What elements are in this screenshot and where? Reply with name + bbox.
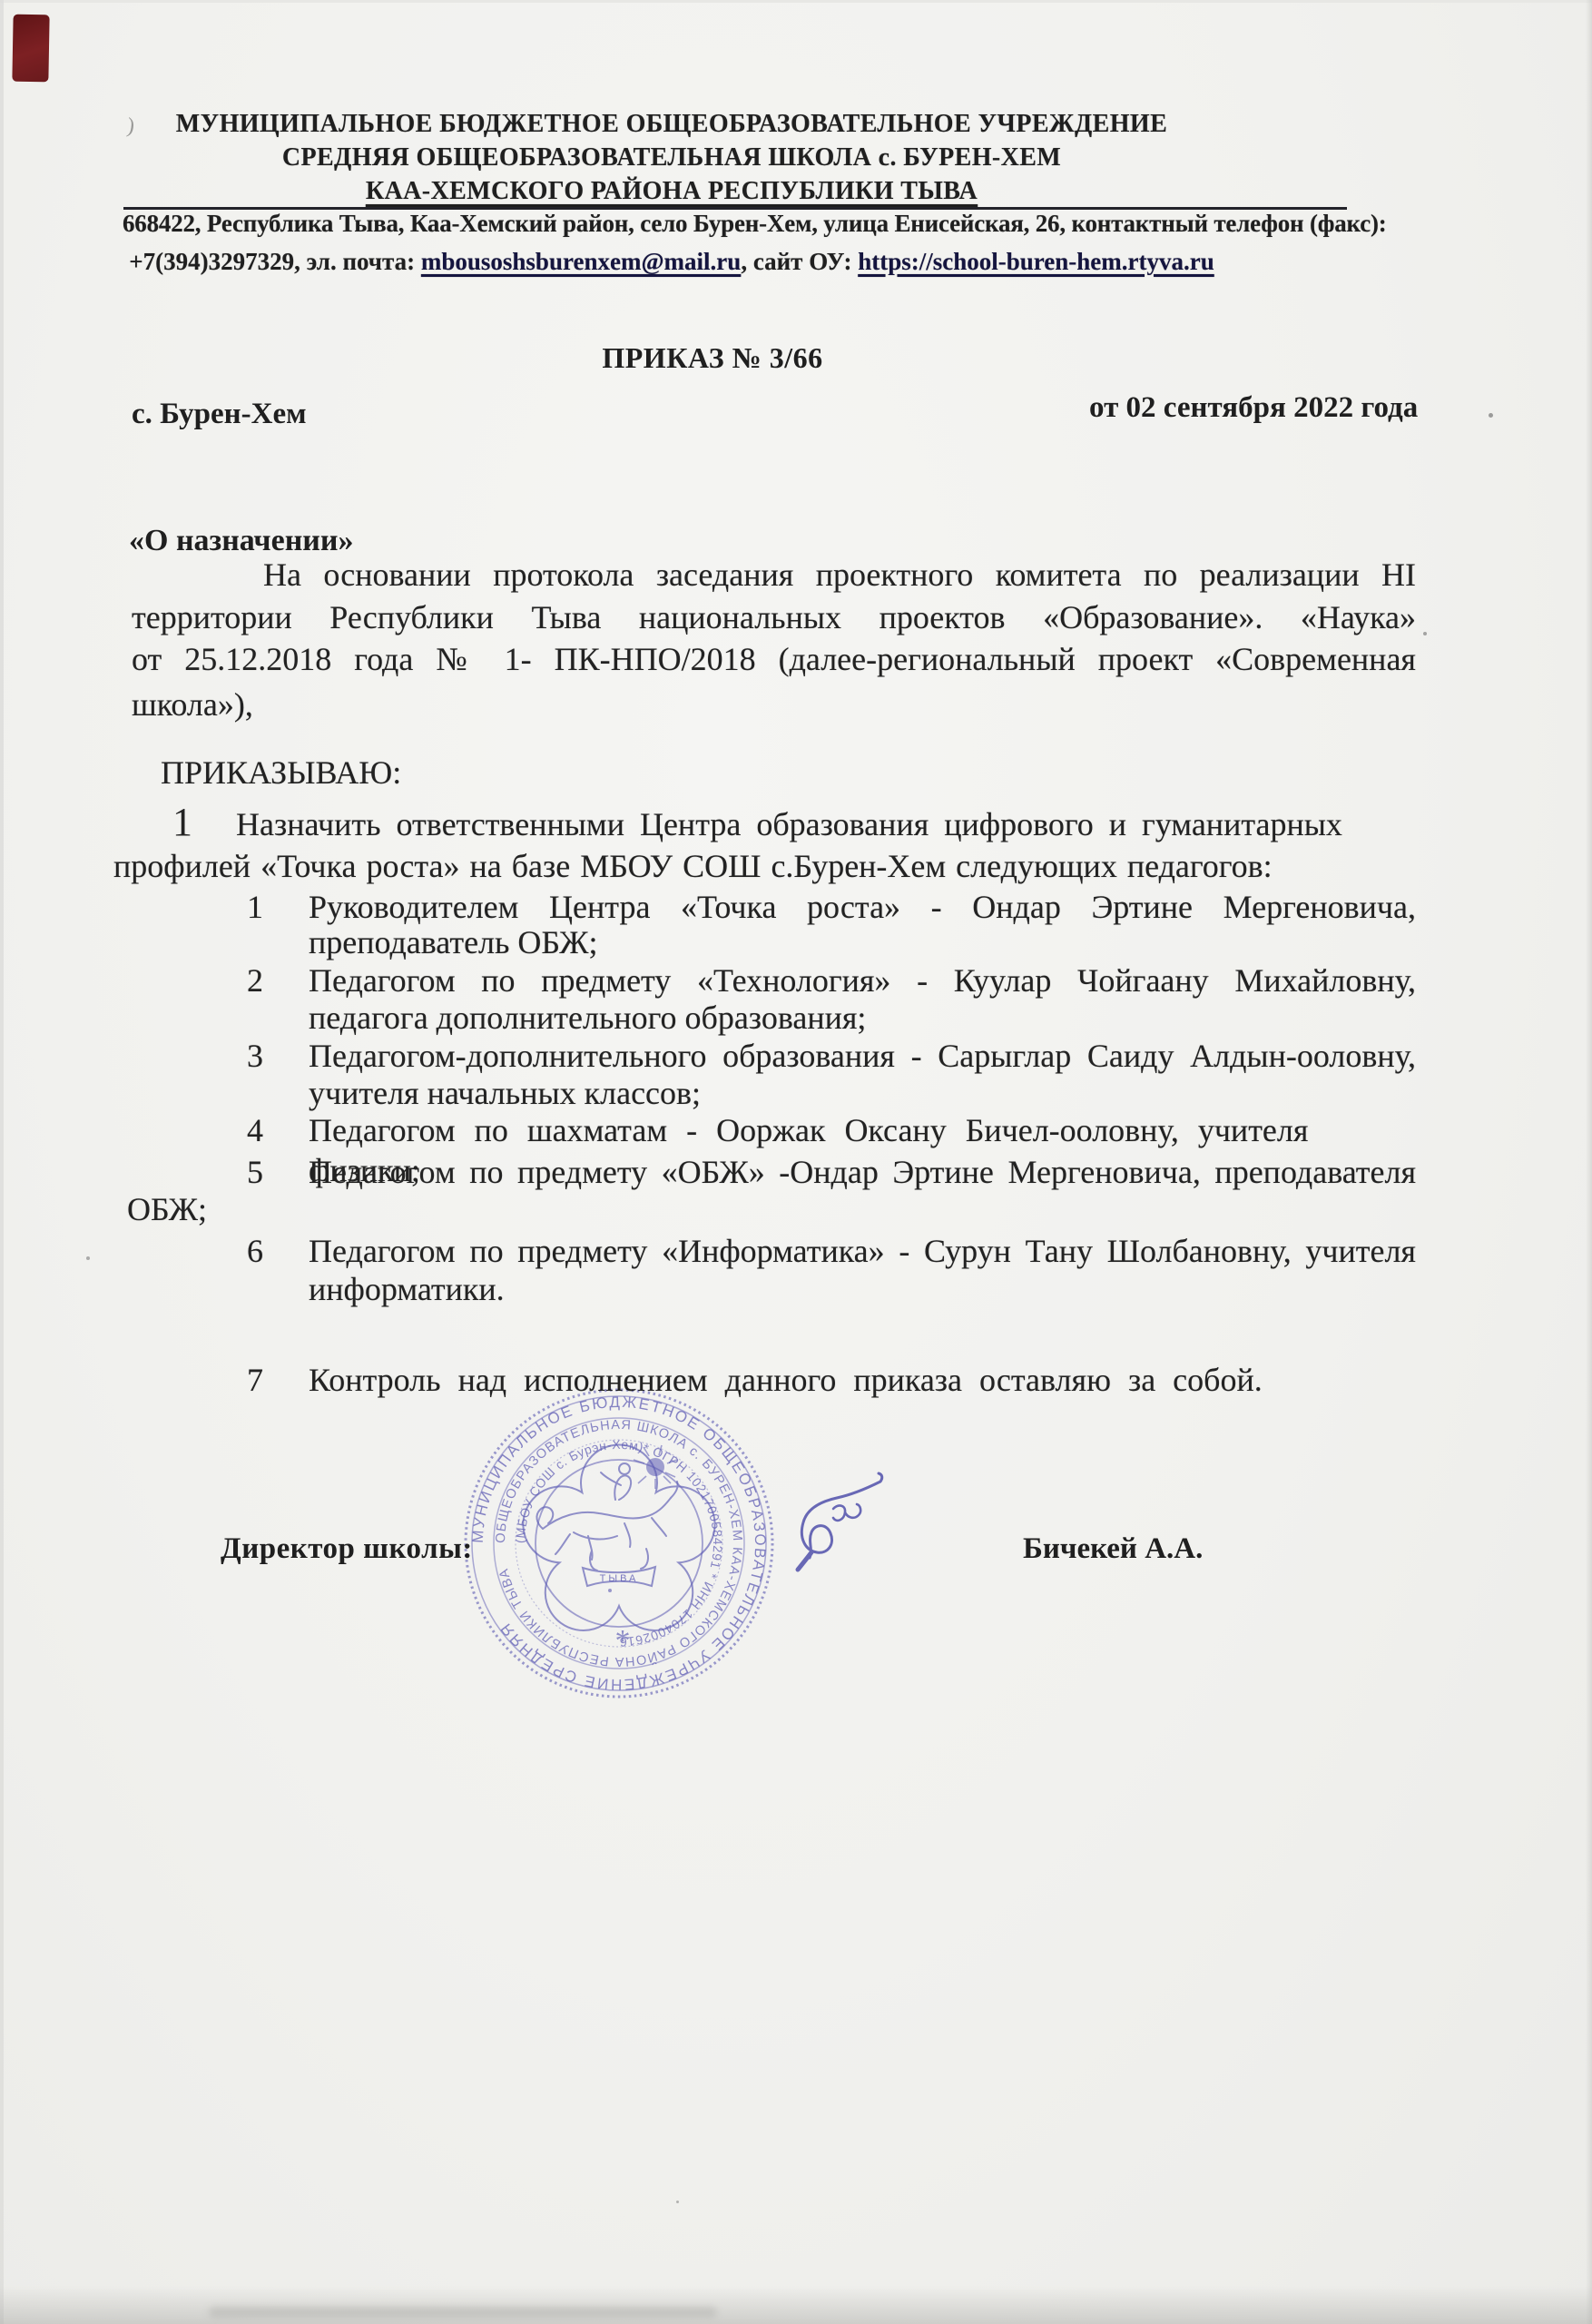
- subitem-2-line-2: педагога дополнительного образования;: [309, 998, 866, 1038]
- subitem-2-number: 2: [247, 960, 263, 1000]
- site-link: https://school-buren-hem.rtyva.ru: [858, 248, 1214, 275]
- letterhead-line-3: КАА-ХЕМСКОГО РАЙОНА РЕСПУБЛИКИ ТЫВА: [18, 174, 1325, 208]
- subitem-5-line-1: 5Педагогом по предмету «ОБЖ» -Ондар Эрти…: [309, 1152, 1416, 1192]
- order-date: от 02 сентября 2022 года: [1089, 388, 1418, 428]
- subitem-3-line-1: 3Педагогом-дополнительного образования -…: [309, 1036, 1416, 1076]
- rider-head: [619, 1463, 630, 1474]
- subitem-5-number: 5: [247, 1152, 263, 1192]
- scan-bottom-shadow: [0, 2286, 1592, 2324]
- horse-belly: [574, 1532, 617, 1539]
- stamp-dot: [608, 1589, 612, 1592]
- phone-number: +7(394)3297329, эл. почта:: [129, 248, 421, 275]
- subitem-2-line-1: 2Педагогом по предмету «Технология» - Ку…: [309, 960, 1416, 1000]
- preamble-line-3: от 25.12.2018 года № 1- ПК-НПО/2018 (дал…: [132, 639, 1416, 679]
- handwritten-signature: [777, 1451, 904, 1610]
- scan-bottom-smudge: [209, 2307, 717, 2318]
- banner-curl-right: [641, 1549, 648, 1569]
- scan-speck: [1423, 632, 1427, 635]
- scan-edge-right: [1586, 0, 1592, 2324]
- email-link: mbousoshsburenxem@mail.ru: [421, 248, 741, 275]
- signature-main-stroke: [801, 1473, 881, 1558]
- order-place: с. Бурен-Хем: [132, 394, 307, 434]
- signature-name: Бичекей А.А.: [1023, 1529, 1203, 1569]
- preamble-line-1: На основании протокола заседания проектн…: [132, 555, 1416, 595]
- subitem-6-number: 6: [247, 1231, 263, 1271]
- rider-torso: [614, 1475, 631, 1500]
- subitem-1-text: Руководителем Центра «Точка роста» - Онд…: [309, 889, 1416, 925]
- subitem-1-line-2: преподаватель ОБЖ;: [309, 922, 597, 962]
- item1-line-2: профилей «Точка роста» на базе МБОУ СОШ …: [113, 846, 1411, 886]
- signature-squiggle: [833, 1504, 860, 1521]
- site-label: , сайт ОУ:: [741, 248, 858, 275]
- subitem-7-number: 7: [247, 1360, 263, 1400]
- subitem-6-line-2: информатики.: [309, 1269, 505, 1309]
- subitem-6-line-1: 6Педагогом по предмету «Информатика» - С…: [309, 1231, 1416, 1271]
- round-stamp: МУНИЦИПАЛЬНОЕ БЮДЖЕТНОЕ ОБЩЕОБРАЗОВАТЕЛЬ…: [437, 1362, 801, 1725]
- subitem-3-line-2: учителя начальных классов;: [309, 1073, 701, 1113]
- subitem-3-text: Педагогом-дополнительного образования - …: [309, 1038, 1416, 1074]
- letterhead-line-2: СРЕДНЯЯ ОБЩЕОБРАЗОВАТЕЛЬНАЯ ШКОЛА с. БУР…: [18, 141, 1325, 174]
- scan-speck: [1489, 413, 1493, 418]
- scan-speck: [676, 2201, 679, 2203]
- item1-number: 1: [172, 801, 192, 844]
- signature-pen-stub: [798, 1552, 811, 1570]
- resolve-word: ПРИКАЗЫВАЮ:: [161, 753, 401, 793]
- subitem-6-text: Педагогом по предмету «Информатика» - Су…: [309, 1233, 1416, 1269]
- scan-edge-top: [0, 0, 1592, 3]
- subitem-5-text: Педагогом по предмету «ОБЖ» -Ондар Эртин…: [309, 1154, 1416, 1190]
- subitem-1-number: 1: [247, 887, 263, 927]
- signature-role: Директор школы:: [221, 1529, 473, 1569]
- subitem-4-number: 4: [247, 1110, 263, 1150]
- scan-speck: [86, 1256, 90, 1260]
- banner-curl-left: [590, 1551, 597, 1571]
- subitem-3-number: 3: [247, 1036, 263, 1076]
- letterhead-line-3-text: КАА-ХЕМСКОГО РАЙОНА РЕСПУБЛИКИ ТЫВА: [366, 177, 978, 205]
- letterhead-contacts: +7(394)3297329, эл. почта: mbousoshsbure…: [18, 246, 1325, 277]
- preamble-line-2: территории Республики Тыва национальных …: [132, 597, 1416, 637]
- horse-back: [543, 1498, 671, 1529]
- subitem-2-text: Педагогом по предмету «Технология» - Куу…: [309, 962, 1416, 999]
- subitem-1-line-1: 1Руководителем Центра «Точка роста» - Он…: [309, 887, 1416, 927]
- rider-arm: [601, 1472, 621, 1485]
- order-title: ПРИКАЗ № 3/66: [77, 338, 1348, 378]
- preamble-line-4: школа»),: [132, 684, 253, 724]
- scan-edge-left: [0, 0, 4, 2324]
- letterhead-line-1: МУНИЦИПАЛЬНОЕ БЮДЖЕТНОЕ ОБЩЕОБРАЗОВАТЕЛЬ…: [18, 107, 1325, 141]
- stamp-banner-label: ТЫВА: [600, 1573, 639, 1584]
- horse-tail: [671, 1482, 678, 1498]
- stamp-star: *: [615, 1624, 631, 1658]
- letterhead: МУНИЦИПАЛЬНОЕ БЮДЖЕТНОЕ ОБЩЕОБРАЗОВАТЕЛЬ…: [18, 107, 1325, 208]
- item1-line-1: Назначить ответственными Центра образова…: [236, 804, 1443, 844]
- letterhead-address: 668422, Республика Тыва, Каа-Хемский рай…: [123, 208, 1387, 239]
- subitem-5-hanging-text: ОБЖ;: [127, 1189, 207, 1229]
- scanned-order-document: ) МУНИЦИПАЛЬНОЕ БЮДЖЕТНОЕ ОБЩЕОБРАЗОВАТЕ…: [0, 0, 1592, 2324]
- corner-red-mark: [12, 15, 49, 83]
